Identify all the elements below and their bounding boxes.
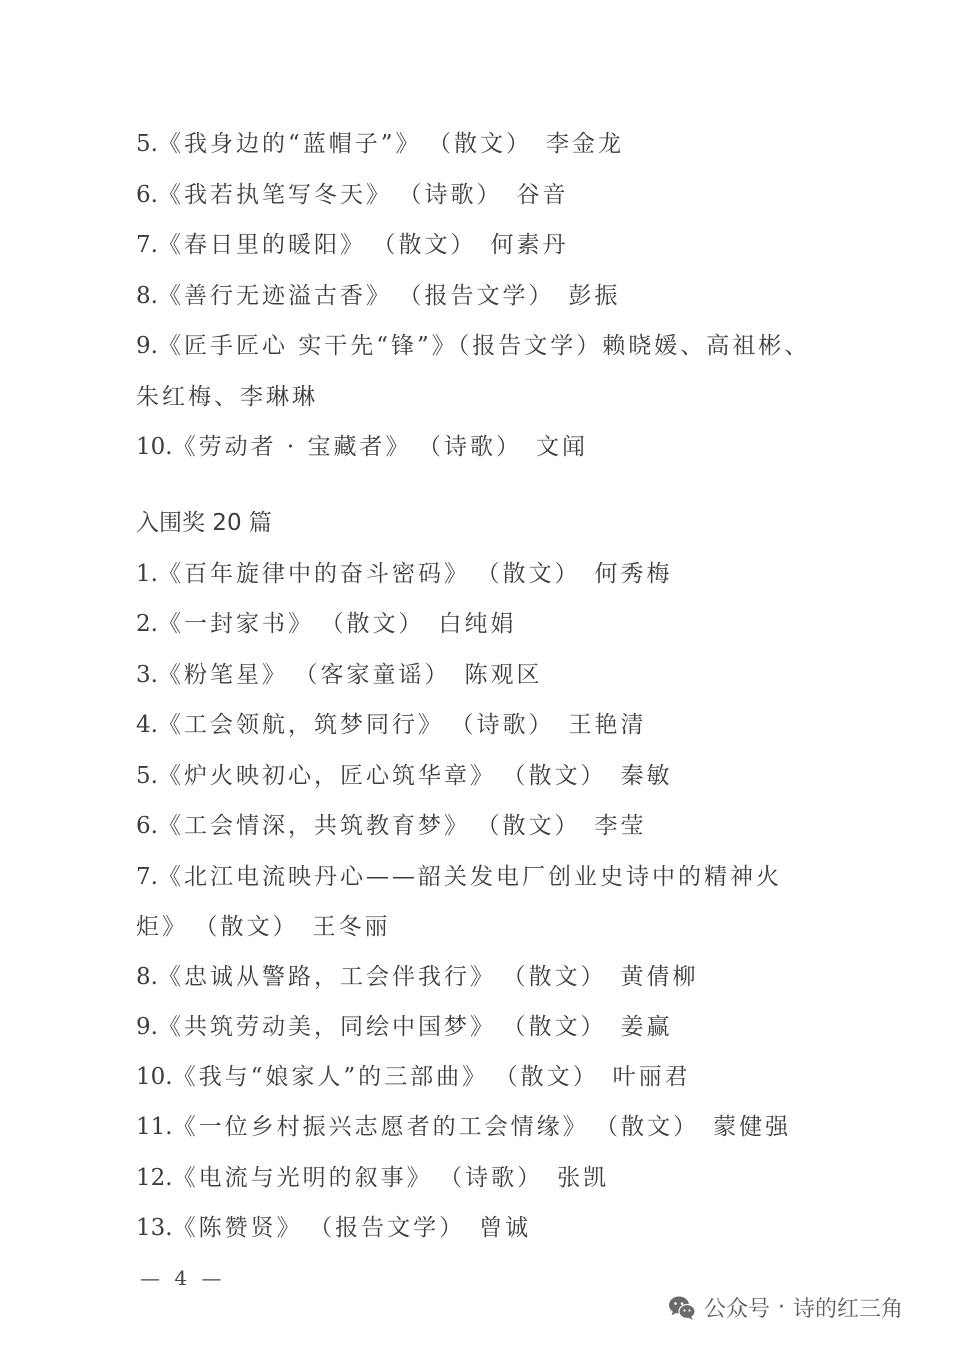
list-item: 13.《陈赞贤》（报告文学）曾诚: [136, 1213, 531, 1243]
item-title: 《我与“娘家人”的三部曲》: [173, 1064, 489, 1090]
item-title: 《粉笔星》: [158, 662, 288, 688]
item-number: 13.: [136, 1215, 173, 1241]
item-title: 《工会情深，共筑教育梦》: [158, 813, 470, 839]
item-title: 《北江电流映丹心——韶关发电厂创业史诗中的精神火: [158, 864, 782, 890]
item-number: 7.: [136, 864, 158, 890]
item-author-continued: 朱红梅、李琳琳: [136, 384, 318, 410]
item-title: 《劳动者 · 宝藏者》: [173, 434, 412, 460]
item-author: 叶丽君: [613, 1064, 691, 1090]
list-item: 4.《工会领航，筑梦同行》（诗歌）王艳清: [136, 710, 646, 740]
list-item-continuation: 朱红梅、李琳琳: [136, 382, 318, 412]
item-number: 2.: [136, 611, 158, 637]
item-title: 《匠手匠心 实干先“锋”》: [158, 333, 458, 359]
item-genre: （诗歌）: [410, 182, 503, 208]
item-author: 王冬丽: [313, 914, 391, 940]
item-number: 12.: [136, 1165, 173, 1191]
item-author: 王艳清: [568, 712, 646, 738]
item-number: 10.: [136, 434, 173, 460]
item-genre: （散文）: [439, 131, 532, 157]
item-genre: （散文）: [514, 763, 607, 789]
list-item: 7.《北江电流映丹心——韶关发电厂创业史诗中的精神火: [136, 862, 782, 892]
section-heading: 入围奖 20 篇: [136, 508, 272, 538]
item-genre: （散文）: [506, 1064, 599, 1090]
item-author: 何素丹: [490, 232, 568, 258]
item-title: 《炉火映初心，匠心筑华章》: [158, 763, 496, 789]
watermark: 公众号 · 诗的红三角: [668, 1292, 903, 1323]
item-genre: （散文）: [384, 232, 477, 258]
list-item: 9.《匠手匠心 实干先“锋”》（报告文学）赖晓媛、高祖彬、: [136, 331, 810, 361]
list-item: 6.《工会情深，共筑教育梦》（散文）李莹: [136, 811, 646, 841]
item-title: 《陈赞贤》: [173, 1215, 303, 1241]
item-title: 《工会领航，筑梦同行》: [158, 712, 444, 738]
item-genre: （散文）: [514, 1014, 607, 1040]
item-title: 《共筑劳动美，同绘中国梦》: [158, 1014, 496, 1040]
item-author: 李莹: [594, 813, 646, 839]
list-item: 3.《粉笔星》（客家童谣）陈观区: [136, 660, 542, 690]
list-item: 5.《我身边的“蓝帽子”》（散文）李金龙: [136, 129, 624, 159]
item-genre: （诗歌）: [451, 1165, 544, 1191]
item-title: 《一封家书》: [158, 611, 314, 637]
item-number: 9.: [136, 1014, 158, 1040]
item-genre: （诗歌）: [430, 434, 523, 460]
item-title: 《一位乡村振兴志愿者的工会情缘》: [173, 1114, 589, 1140]
item-title: 《我若执笔写冬天》: [158, 182, 392, 208]
item-number: 6.: [136, 182, 158, 208]
item-author: 李金龙: [546, 131, 624, 157]
item-genre: （散文）: [607, 1114, 700, 1140]
item-author: 赖晓媛、高祖彬、: [602, 333, 810, 359]
watermark-separator: ·: [778, 1295, 785, 1320]
item-genre: （散文）: [332, 611, 425, 637]
item-genre: （散文）: [206, 914, 299, 940]
item-author: 彭振: [568, 283, 620, 309]
item-author: 文闻: [536, 434, 588, 460]
item-title: 《电流与光明的叙事》: [173, 1165, 433, 1191]
list-item: 12.《电流与光明的叙事》（诗歌）张凯: [136, 1163, 609, 1193]
item-title: 《百年旋律中的奋斗密码》: [158, 561, 470, 587]
item-number: 10.: [136, 1064, 173, 1090]
wechat-icon: [668, 1295, 696, 1321]
item-genre: （报告文学）: [321, 1215, 466, 1241]
item-author: 黄倩柳: [620, 964, 698, 990]
list-item: 8.《善行无迹溢古香》（报告文学）彭振: [136, 281, 620, 311]
list-item: 11.《一位乡村振兴志愿者的工会情缘》（散文）蒙健强: [136, 1112, 791, 1142]
item-number: 6.: [136, 813, 158, 839]
list-item: 2.《一封家书》（散文）白纯娟: [136, 609, 516, 639]
item-author: 姜赢: [620, 1014, 672, 1040]
item-title-continued: 炬》: [136, 914, 188, 940]
list-item: 10.《我与“娘家人”的三部曲》（散文）叶丽君: [136, 1062, 691, 1092]
item-title: 《春日里的暖阳》: [158, 232, 366, 258]
item-author: 谷音: [516, 182, 568, 208]
list-item-continuation: 炬》（散文）王冬丽: [136, 912, 391, 942]
item-genre: （报告文学）: [410, 283, 555, 309]
list-item: 6.《我若执笔写冬天》（诗歌）谷音: [136, 180, 568, 210]
item-number: 11.: [136, 1114, 173, 1140]
item-genre: （客家童谣）: [306, 662, 451, 688]
watermark-label: 公众号: [704, 1292, 770, 1323]
item-number: 1.: [136, 561, 158, 587]
list-item: 8.《忠诚从警路，工会伴我行》（散文）黄倩柳: [136, 962, 698, 992]
item-author: 陈观区: [464, 662, 542, 688]
item-title: 《忠诚从警路，工会伴我行》: [158, 964, 496, 990]
item-number: 4.: [136, 712, 158, 738]
item-genre: （散文）: [488, 813, 581, 839]
item-number: 7.: [136, 232, 158, 258]
item-number: 8.: [136, 283, 158, 309]
watermark-account: 诗的红三角: [793, 1292, 903, 1323]
item-number: 9.: [136, 333, 158, 359]
list-item: 5.《炉火映初心，匠心筑华章》（散文）秦敏: [136, 761, 672, 791]
list-item: 1.《百年旋律中的奋斗密码》（散文）何秀梅: [136, 559, 672, 589]
item-number: 8.: [136, 964, 158, 990]
item-author: 曾诚: [479, 1215, 531, 1241]
item-number: 3.: [136, 662, 158, 688]
item-author: 白纯娟: [438, 611, 516, 637]
item-genre: （散文）: [514, 964, 607, 990]
item-author: 张凯: [557, 1165, 609, 1191]
item-number: 5.: [136, 763, 158, 789]
list-item: 10.《劳动者 · 宝藏者》（诗歌）文闻: [136, 432, 588, 462]
item-number: 5.: [136, 131, 158, 157]
item-genre: （报告文学）: [458, 333, 603, 359]
item-author: 何秀梅: [594, 561, 672, 587]
item-author: 秦敏: [620, 763, 672, 789]
item-author: 蒙健强: [713, 1114, 791, 1140]
item-title: 《我身边的“蓝帽子”》: [158, 131, 422, 157]
page-number: — 4 —: [140, 1266, 225, 1290]
list-item: 7.《春日里的暖阳》（散文）何素丹: [136, 230, 568, 260]
item-title: 《善行无迹溢古香》: [158, 283, 392, 309]
item-genre: （散文）: [488, 561, 581, 587]
document-page: 5.《我身边的“蓝帽子”》（散文）李金龙 6.《我若执笔写冬天》（诗歌）谷音 7…: [0, 0, 960, 1356]
item-genre: （诗歌）: [462, 712, 555, 738]
list-item: 9.《共筑劳动美，同绘中国梦》（散文）姜赢: [136, 1012, 672, 1042]
